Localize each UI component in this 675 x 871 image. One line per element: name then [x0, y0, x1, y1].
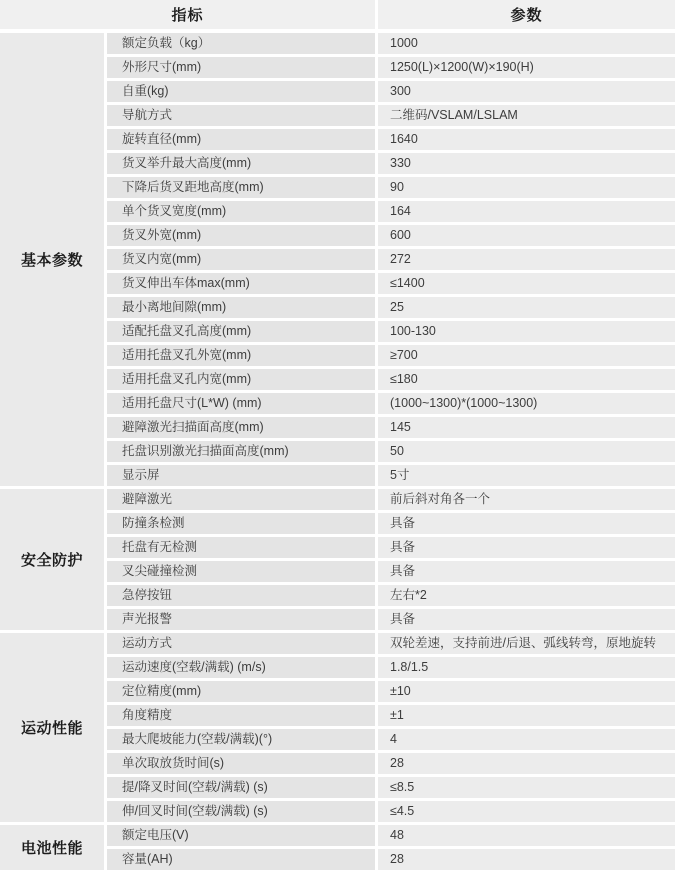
- spec-row: 托盘有无检测 具备: [107, 537, 675, 558]
- parameter-cell: ≤1400: [378, 273, 675, 294]
- parameter-cell: 具备: [378, 513, 675, 534]
- indicator-cell: 适用托盘尺寸(L*W) (mm): [107, 393, 375, 414]
- group-rows: 额定电压(V) 48 容量(AH) 28: [107, 825, 675, 870]
- parameter-cell: 具备: [378, 609, 675, 630]
- parameter-cell: ±10: [378, 681, 675, 702]
- spec-group: 安全防护 避障激光 前后斜对角各一个 防撞条检测 具备 托盘有无检测 具备 叉尖…: [0, 489, 675, 630]
- parameter-cell: 1000: [378, 33, 675, 54]
- parameter-cell: ≥700: [378, 345, 675, 366]
- parameter-cell: ≤180: [378, 369, 675, 390]
- parameter-cell: 28: [378, 753, 675, 774]
- spec-row: 叉尖碰撞检测 具备: [107, 561, 675, 582]
- parameter-cell: 25: [378, 297, 675, 318]
- spec-row: 提/降叉时间(空载/满载) (s) ≤8.5: [107, 777, 675, 798]
- spec-row: 导航方式 二维码/VSLAM/LSLAM: [107, 105, 675, 126]
- parameter-cell: ≤4.5: [378, 801, 675, 822]
- parameter-cell: 330: [378, 153, 675, 174]
- category-label: 运动性能: [21, 717, 83, 738]
- spec-row: 托盘识别激光扫描面高度(mm) 50: [107, 441, 675, 462]
- spec-row: 单个货叉宽度(mm) 164: [107, 201, 675, 222]
- indicator-cell: 防撞条检测: [107, 513, 375, 534]
- spec-row: 适用托盘叉孔外宽(mm) ≥700: [107, 345, 675, 366]
- indicator-cell: 伸/回叉时间(空载/满载) (s): [107, 801, 375, 822]
- spec-row: 货叉举升最大高度(mm) 330: [107, 153, 675, 174]
- indicator-cell: 运动方式: [107, 633, 375, 654]
- category-cell: 安全防护: [0, 489, 104, 630]
- indicator-cell: 托盘识别激光扫描面高度(mm): [107, 441, 375, 462]
- parameter-cell: ≤8.5: [378, 777, 675, 798]
- spec-table-body: 基本参数 额定负载（kg） 1000 外形尺寸(mm) 1250(L)×1200…: [0, 33, 675, 870]
- spec-group: 基本参数 额定负载（kg） 1000 外形尺寸(mm) 1250(L)×1200…: [0, 33, 675, 486]
- spec-row: 最小离地间隙(mm) 25: [107, 297, 675, 318]
- spec-row: 声光报警 具备: [107, 609, 675, 630]
- spec-sheet: 指标 参数 基本参数 额定负载（kg） 1000 外形尺寸(mm) 1250(L…: [0, 0, 675, 871]
- spec-row: 适用托盘尺寸(L*W) (mm) (1000~1300)*(1000~1300): [107, 393, 675, 414]
- parameter-cell: 1.8/1.5: [378, 657, 675, 678]
- indicator-cell: 最小离地间隙(mm): [107, 297, 375, 318]
- spec-row: 避障激光 前后斜对角各一个: [107, 489, 675, 510]
- indicator-cell: 最大爬坡能力(空载/满载)(°): [107, 729, 375, 750]
- parameter-cell: 100-130: [378, 321, 675, 342]
- indicator-cell: 旋转直径(mm): [107, 129, 375, 150]
- parameter-cell: 145: [378, 417, 675, 438]
- indicator-cell: 额定负载（kg）: [107, 33, 375, 54]
- category-cell: 电池性能: [0, 825, 104, 870]
- indicator-cell: 外形尺寸(mm): [107, 57, 375, 78]
- parameter-cell: 左右*2: [378, 585, 675, 606]
- spec-row: 角度精度 ±1: [107, 705, 675, 726]
- category-label: 基本参数: [21, 249, 83, 270]
- parameter-cell: ±1: [378, 705, 675, 726]
- indicator-cell: 适用托盘叉孔内宽(mm): [107, 369, 375, 390]
- spec-row: 运动方式 双轮差速，支持前进/后退、弧线转弯，原地旋转: [107, 633, 675, 654]
- parameter-cell: 1250(L)×1200(W)×190(H): [378, 57, 675, 78]
- category-cell: 基本参数: [0, 33, 104, 486]
- spec-row: 旋转直径(mm) 1640: [107, 129, 675, 150]
- group-rows: 额定负载（kg） 1000 外形尺寸(mm) 1250(L)×1200(W)×1…: [107, 33, 675, 486]
- indicator-cell: 急停按钮: [107, 585, 375, 606]
- spec-row: 定位精度(mm) ±10: [107, 681, 675, 702]
- parameter-cell: 双轮差速，支持前进/后退、弧线转弯，原地旋转: [378, 633, 675, 654]
- spec-row: 货叉内宽(mm) 272: [107, 249, 675, 270]
- header-indicator: 指标: [0, 0, 375, 29]
- spec-row: 运动速度(空载/满载) (m/s) 1.8/1.5: [107, 657, 675, 678]
- indicator-cell: 托盘有无检测: [107, 537, 375, 558]
- category-cell: 运动性能: [0, 633, 104, 822]
- category-label: 安全防护: [21, 549, 83, 570]
- spec-row: 货叉伸出车体max(mm) ≤1400: [107, 273, 675, 294]
- indicator-cell: 避障激光: [107, 489, 375, 510]
- parameter-cell: 28: [378, 849, 675, 870]
- spec-row: 最大爬坡能力(空载/满载)(°) 4: [107, 729, 675, 750]
- parameter-cell: 5寸: [378, 465, 675, 486]
- parameter-cell: 164: [378, 201, 675, 222]
- spec-row: 下降后货叉距地高度(mm) 90: [107, 177, 675, 198]
- indicator-cell: 适配托盘叉孔高度(mm): [107, 321, 375, 342]
- parameter-cell: 具备: [378, 561, 675, 582]
- parameter-cell: 1640: [378, 129, 675, 150]
- indicator-cell: 叉尖碰撞检测: [107, 561, 375, 582]
- indicator-cell: 显示屏: [107, 465, 375, 486]
- indicator-cell: 货叉外宽(mm): [107, 225, 375, 246]
- indicator-cell: 导航方式: [107, 105, 375, 126]
- spec-row: 显示屏 5寸: [107, 465, 675, 486]
- parameter-cell: 前后斜对角各一个: [378, 489, 675, 510]
- spec-group: 运动性能 运动方式 双轮差速，支持前进/后退、弧线转弯，原地旋转 运动速度(空载…: [0, 633, 675, 822]
- spec-row: 伸/回叉时间(空载/满载) (s) ≤4.5: [107, 801, 675, 822]
- spec-row: 外形尺寸(mm) 1250(L)×1200(W)×190(H): [107, 57, 675, 78]
- indicator-cell: 货叉举升最大高度(mm): [107, 153, 375, 174]
- parameter-cell: (1000~1300)*(1000~1300): [378, 393, 675, 414]
- spec-row: 额定负载（kg） 1000: [107, 33, 675, 54]
- spec-row: 货叉外宽(mm) 600: [107, 225, 675, 246]
- spec-group: 电池性能 额定电压(V) 48 容量(AH) 28: [0, 825, 675, 870]
- parameter-cell: 4: [378, 729, 675, 750]
- indicator-cell: 额定电压(V): [107, 825, 375, 846]
- spec-row: 适用托盘叉孔内宽(mm) ≤180: [107, 369, 675, 390]
- indicator-cell: 单次取放货时间(s): [107, 753, 375, 774]
- indicator-cell: 运动速度(空载/满载) (m/s): [107, 657, 375, 678]
- indicator-cell: 货叉内宽(mm): [107, 249, 375, 270]
- parameter-cell: 48: [378, 825, 675, 846]
- header-parameter: 参数: [378, 0, 675, 29]
- parameter-cell: 二维码/VSLAM/LSLAM: [378, 105, 675, 126]
- indicator-cell: 提/降叉时间(空载/满载) (s): [107, 777, 375, 798]
- spec-table-header: 指标 参数: [0, 0, 675, 29]
- parameter-cell: 具备: [378, 537, 675, 558]
- parameter-cell: 600: [378, 225, 675, 246]
- indicator-cell: 定位精度(mm): [107, 681, 375, 702]
- indicator-cell: 适用托盘叉孔外宽(mm): [107, 345, 375, 366]
- indicator-cell: 避障激光扫描面高度(mm): [107, 417, 375, 438]
- parameter-cell: 272: [378, 249, 675, 270]
- spec-row: 单次取放货时间(s) 28: [107, 753, 675, 774]
- spec-row: 额定电压(V) 48: [107, 825, 675, 846]
- spec-row: 适配托盘叉孔高度(mm) 100-130: [107, 321, 675, 342]
- parameter-cell: 90: [378, 177, 675, 198]
- indicator-cell: 声光报警: [107, 609, 375, 630]
- spec-row: 急停按钮 左右*2: [107, 585, 675, 606]
- indicator-cell: 货叉伸出车体max(mm): [107, 273, 375, 294]
- spec-row: 防撞条检测 具备: [107, 513, 675, 534]
- group-rows: 运动方式 双轮差速，支持前进/后退、弧线转弯，原地旋转 运动速度(空载/满载) …: [107, 633, 675, 822]
- spec-row: 自重(kg) 300: [107, 81, 675, 102]
- spec-row: 容量(AH) 28: [107, 849, 675, 870]
- category-label: 电池性能: [21, 837, 83, 858]
- parameter-cell: 50: [378, 441, 675, 462]
- indicator-cell: 单个货叉宽度(mm): [107, 201, 375, 222]
- spec-row: 避障激光扫描面高度(mm) 145: [107, 417, 675, 438]
- indicator-cell: 角度精度: [107, 705, 375, 726]
- indicator-cell: 容量(AH): [107, 849, 375, 870]
- group-rows: 避障激光 前后斜对角各一个 防撞条检测 具备 托盘有无检测 具备 叉尖碰撞检测 …: [107, 489, 675, 630]
- indicator-cell: 自重(kg): [107, 81, 375, 102]
- indicator-cell: 下降后货叉距地高度(mm): [107, 177, 375, 198]
- parameter-cell: 300: [378, 81, 675, 102]
